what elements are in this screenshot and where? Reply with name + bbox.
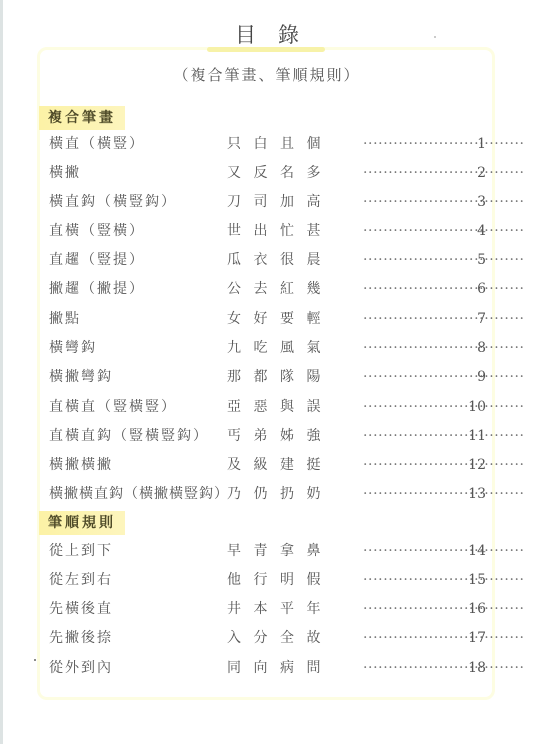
page-number: 16: [468, 598, 486, 620]
example-chars: 又反名多: [227, 162, 333, 184]
dot-leader: ······································: [363, 657, 523, 679]
dot-leader: ······································: [363, 598, 523, 620]
example-chars: 那都隊陽: [227, 366, 333, 388]
toc-entry[interactable]: 先撇後捺 入分全故 ······························…: [49, 627, 489, 649]
dot-leader: ······································: [363, 162, 523, 184]
toc-entry[interactable]: 橫直（橫豎） 只白且個 ····························…: [49, 133, 489, 155]
example-chars: 早青拿鼻: [227, 540, 333, 562]
stroke-name: 先撇後捺: [49, 627, 113, 649]
stroke-name: 橫直鈎（橫豎鈎）: [49, 191, 177, 213]
dot-leader: ······································: [363, 425, 523, 447]
stroke-name: 橫撇彎鈎: [49, 366, 113, 388]
dot-leader: ······································: [363, 627, 523, 649]
page-number: 6: [477, 278, 486, 300]
example-chars: 世出忙甚: [227, 220, 333, 242]
page-number: 2: [477, 162, 486, 184]
dot-leader: ······································: [363, 540, 523, 562]
page-number: 13: [468, 483, 486, 505]
example-chars: 亞惡與誤: [227, 396, 333, 418]
page-number: 1: [477, 133, 486, 155]
toc-entry[interactable]: 撇點 女好要輕 ································…: [49, 308, 489, 330]
example-chars: 乃仍扔奶: [227, 483, 333, 505]
title-underline: [207, 47, 325, 52]
page-number: 4: [477, 220, 486, 242]
toc-entry[interactable]: 直橫直（豎橫豎） 亞惡與誤 ··························…: [49, 396, 489, 418]
toc-entry[interactable]: 從左到右 他行明假 ······························…: [49, 569, 489, 591]
page-number: 3: [477, 191, 486, 213]
example-chars: 丐弟姊強: [227, 425, 333, 447]
section-label-stroke-order-rules: 筆順規則: [39, 511, 125, 535]
stroke-name: 從左到右: [49, 569, 113, 591]
toc-entry[interactable]: 撇趯（撇提） 公去紅幾 ····························…: [49, 278, 489, 300]
page-number: 10: [468, 396, 486, 418]
toc-entry[interactable]: 直橫（豎橫） 世出忙甚 ····························…: [49, 220, 489, 242]
stroke-name: 從外到內: [49, 657, 113, 679]
stroke-name: 橫直（橫豎）: [49, 133, 145, 155]
example-chars: 他行明假: [227, 569, 333, 591]
stroke-name: 橫撇橫直鈎（橫撇橫豎鈎）: [49, 483, 229, 505]
dot-leader: ······································: [363, 308, 523, 330]
dot-leader: ······································: [363, 337, 523, 359]
page-number: 7: [477, 308, 486, 330]
page-number: 12: [468, 454, 486, 476]
dot-leader: ······································: [363, 249, 523, 271]
page-subtitle: （複合筆畫、筆順規則）: [0, 64, 534, 85]
example-chars: 同向病問: [227, 657, 333, 679]
scan-speck: [34, 659, 36, 661]
example-chars: 井本平年: [227, 598, 333, 620]
stroke-name: 直趯（豎提）: [49, 249, 145, 271]
page-left-edge: [0, 0, 3, 744]
toc-entry[interactable]: 橫撇彎鈎 那都隊陽 ······························…: [49, 366, 489, 388]
dot-leader: ······································: [363, 454, 523, 476]
toc-entry[interactable]: 橫彎鈎 九吃風氣 ·······························…: [49, 337, 489, 359]
toc-entry[interactable]: 橫撇 又反名多 ································…: [49, 162, 489, 184]
toc-entry[interactable]: 從上到下 早青拿鼻 ······························…: [49, 540, 489, 562]
page-number: 15: [468, 569, 486, 591]
example-chars: 只白且個: [227, 133, 333, 155]
stroke-name: 撇趯（撇提）: [49, 278, 145, 300]
stroke-name: 橫撇: [49, 162, 81, 184]
dot-leader: ······································: [363, 220, 523, 242]
page-number: 5: [477, 249, 486, 271]
toc-entry[interactable]: 直趯（豎提） 瓜衣很晨 ····························…: [49, 249, 489, 271]
example-chars: 入分全故: [227, 627, 333, 649]
page-title: 目錄: [0, 19, 534, 49]
stroke-name: 直橫（豎橫）: [49, 220, 145, 242]
page-number: 17: [468, 627, 486, 649]
page-number: 18: [468, 657, 486, 679]
stroke-name: 先橫後直: [49, 598, 113, 620]
toc-entry[interactable]: 橫撇橫撇 及級建挺 ······························…: [49, 454, 489, 476]
page-number: 14: [468, 540, 486, 562]
scan-speck: [434, 36, 436, 38]
page-number: 11: [468, 425, 486, 447]
dot-leader: ······································: [363, 483, 523, 505]
dot-leader: ······································: [363, 191, 523, 213]
dot-leader: ······································: [363, 396, 523, 418]
stroke-name: 橫撇橫撇: [49, 454, 113, 476]
stroke-name: 直橫直（豎橫豎）: [49, 396, 177, 418]
example-chars: 及級建挺: [227, 454, 333, 476]
dot-leader: ······································: [363, 133, 523, 155]
dot-leader: ······································: [363, 366, 523, 388]
dot-leader: ······································: [363, 569, 523, 591]
stroke-name: 從上到下: [49, 540, 113, 562]
example-chars: 九吃風氣: [227, 337, 333, 359]
toc-entry[interactable]: 橫撇橫直鈎（橫撇橫豎鈎） 乃仍扔奶 ······················…: [49, 483, 489, 505]
dot-leader: ······································: [363, 278, 523, 300]
toc-entry[interactable]: 先橫後直 井本平年 ······························…: [49, 598, 489, 620]
example-chars: 瓜衣很晨: [227, 249, 333, 271]
stroke-name: 直橫直鈎（豎橫豎鈎）: [49, 425, 209, 447]
page-number: 9: [477, 366, 486, 388]
toc-entry[interactable]: 橫直鈎（橫豎鈎） 刀司加高 ··························…: [49, 191, 489, 213]
toc-entry[interactable]: 直橫直鈎（豎橫豎鈎） 丐弟姊強 ························…: [49, 425, 489, 447]
page-number: 8: [477, 337, 486, 359]
stroke-name: 撇點: [49, 308, 81, 330]
example-chars: 公去紅幾: [227, 278, 333, 300]
toc-entry[interactable]: 從外到內 同向病問 ······························…: [49, 657, 489, 679]
example-chars: 女好要輕: [227, 308, 333, 330]
section-label-compound-strokes: 複合筆畫: [39, 106, 125, 130]
stroke-name: 橫彎鈎: [49, 337, 97, 359]
example-chars: 刀司加高: [227, 191, 333, 213]
